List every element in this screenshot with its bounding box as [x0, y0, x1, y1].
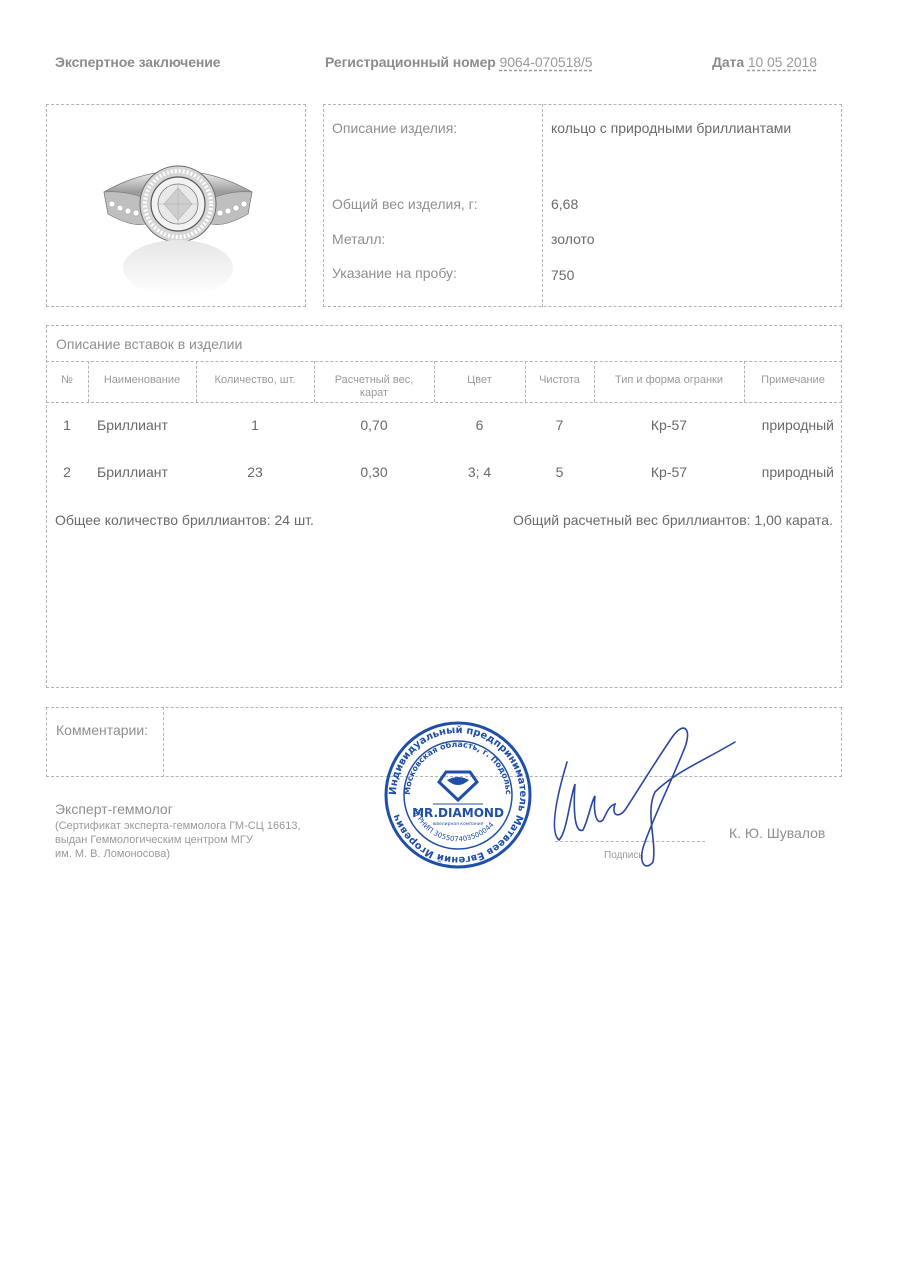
metal-label: Металл: — [332, 231, 385, 247]
table-header-top-line — [46, 361, 842, 362]
description-value: кольцо с природными бриллиантами — [551, 120, 791, 136]
cell-name: Бриллиант — [97, 464, 168, 480]
ring-photo-icon — [96, 150, 261, 300]
cell-clarity: 5 — [525, 464, 594, 480]
metal-value: золото — [551, 231, 595, 247]
document-date: Дата 10 05 2018 — [712, 54, 817, 70]
cell-number: 1 — [46, 417, 88, 433]
cell-number: 2 — [46, 464, 88, 480]
document-title: Экспертное заключение — [55, 54, 220, 70]
registration-number: Регистрационный номер 9064-070518/5 — [325, 54, 592, 70]
column-header-cut: Тип и форма огранки — [594, 374, 744, 387]
cell-note: природный — [744, 417, 834, 433]
total-weight: Общий расчетный вес бриллиантов: 1,00 ка… — [513, 512, 833, 528]
column-divider — [314, 361, 315, 402]
column-header-quantity: Количество, шт. — [196, 374, 314, 387]
registration-label: Регистрационный номер — [325, 54, 496, 70]
cell-clarity: 7 — [525, 417, 594, 433]
cell-cut: Кр-57 — [594, 417, 744, 433]
expert-certificate-line-3: им. М. В. Ломоносова) — [55, 848, 170, 860]
company-stamp-icon: Индивидуальный предприниматель Матвеев Е… — [383, 720, 533, 870]
hallmark-value: 750 — [551, 267, 574, 283]
weight-value: 6,68 — [551, 196, 578, 212]
total-count: Общее количество бриллиантов: 24 шт. — [55, 512, 314, 528]
cell-note: природный — [744, 464, 834, 480]
cell-color: 3; 4 — [434, 464, 525, 480]
cell-color: 6 — [434, 417, 525, 433]
inserts-title: Описание вставок в изделии — [56, 336, 242, 352]
cell-weight: 0,30 — [320, 464, 428, 480]
info-divider — [542, 104, 543, 307]
description-label: Описание изделия: — [332, 120, 457, 136]
weight-label: Общий вес изделия, г: — [332, 196, 478, 212]
expert-certificate-line-2: выдан Геммологическим центром МГУ — [55, 834, 253, 846]
hallmark-label: Указание на пробу: — [332, 265, 457, 281]
expert-certificate-line-1: (Сертификат эксперта-геммолога ГМ-СЦ 166… — [55, 820, 301, 832]
column-header-number: № — [46, 374, 88, 387]
cell-quantity: 23 — [196, 464, 314, 480]
column-header-note: Примечание — [744, 374, 842, 387]
comments-divider — [163, 707, 164, 777]
cell-name: Бриллиант — [97, 417, 168, 433]
table-header-bottom-line — [46, 402, 842, 403]
cell-quantity: 1 — [196, 417, 314, 433]
cell-weight: 0,70 — [320, 417, 428, 433]
date-value: 10 05 2018 — [748, 54, 817, 70]
date-label: Дата — [712, 54, 744, 70]
column-header-weight: Расчетный вес,карат — [320, 374, 428, 400]
column-header-name: Наименование — [88, 374, 196, 387]
svg-text:MR.DIAMOND: MR.DIAMOND — [412, 806, 504, 820]
registration-value: 9064-070518/5 — [500, 54, 593, 70]
comments-label: Комментарии: — [56, 722, 148, 738]
cell-cut: Кр-57 — [594, 464, 744, 480]
svg-text:ювелирная компания: ювелирная компания — [433, 822, 484, 827]
signature-icon — [545, 722, 745, 872]
expert-title: Эксперт-геммолог — [55, 801, 173, 817]
column-header-clarity: Чистота — [525, 374, 594, 387]
column-header-color: Цвет — [434, 374, 525, 387]
